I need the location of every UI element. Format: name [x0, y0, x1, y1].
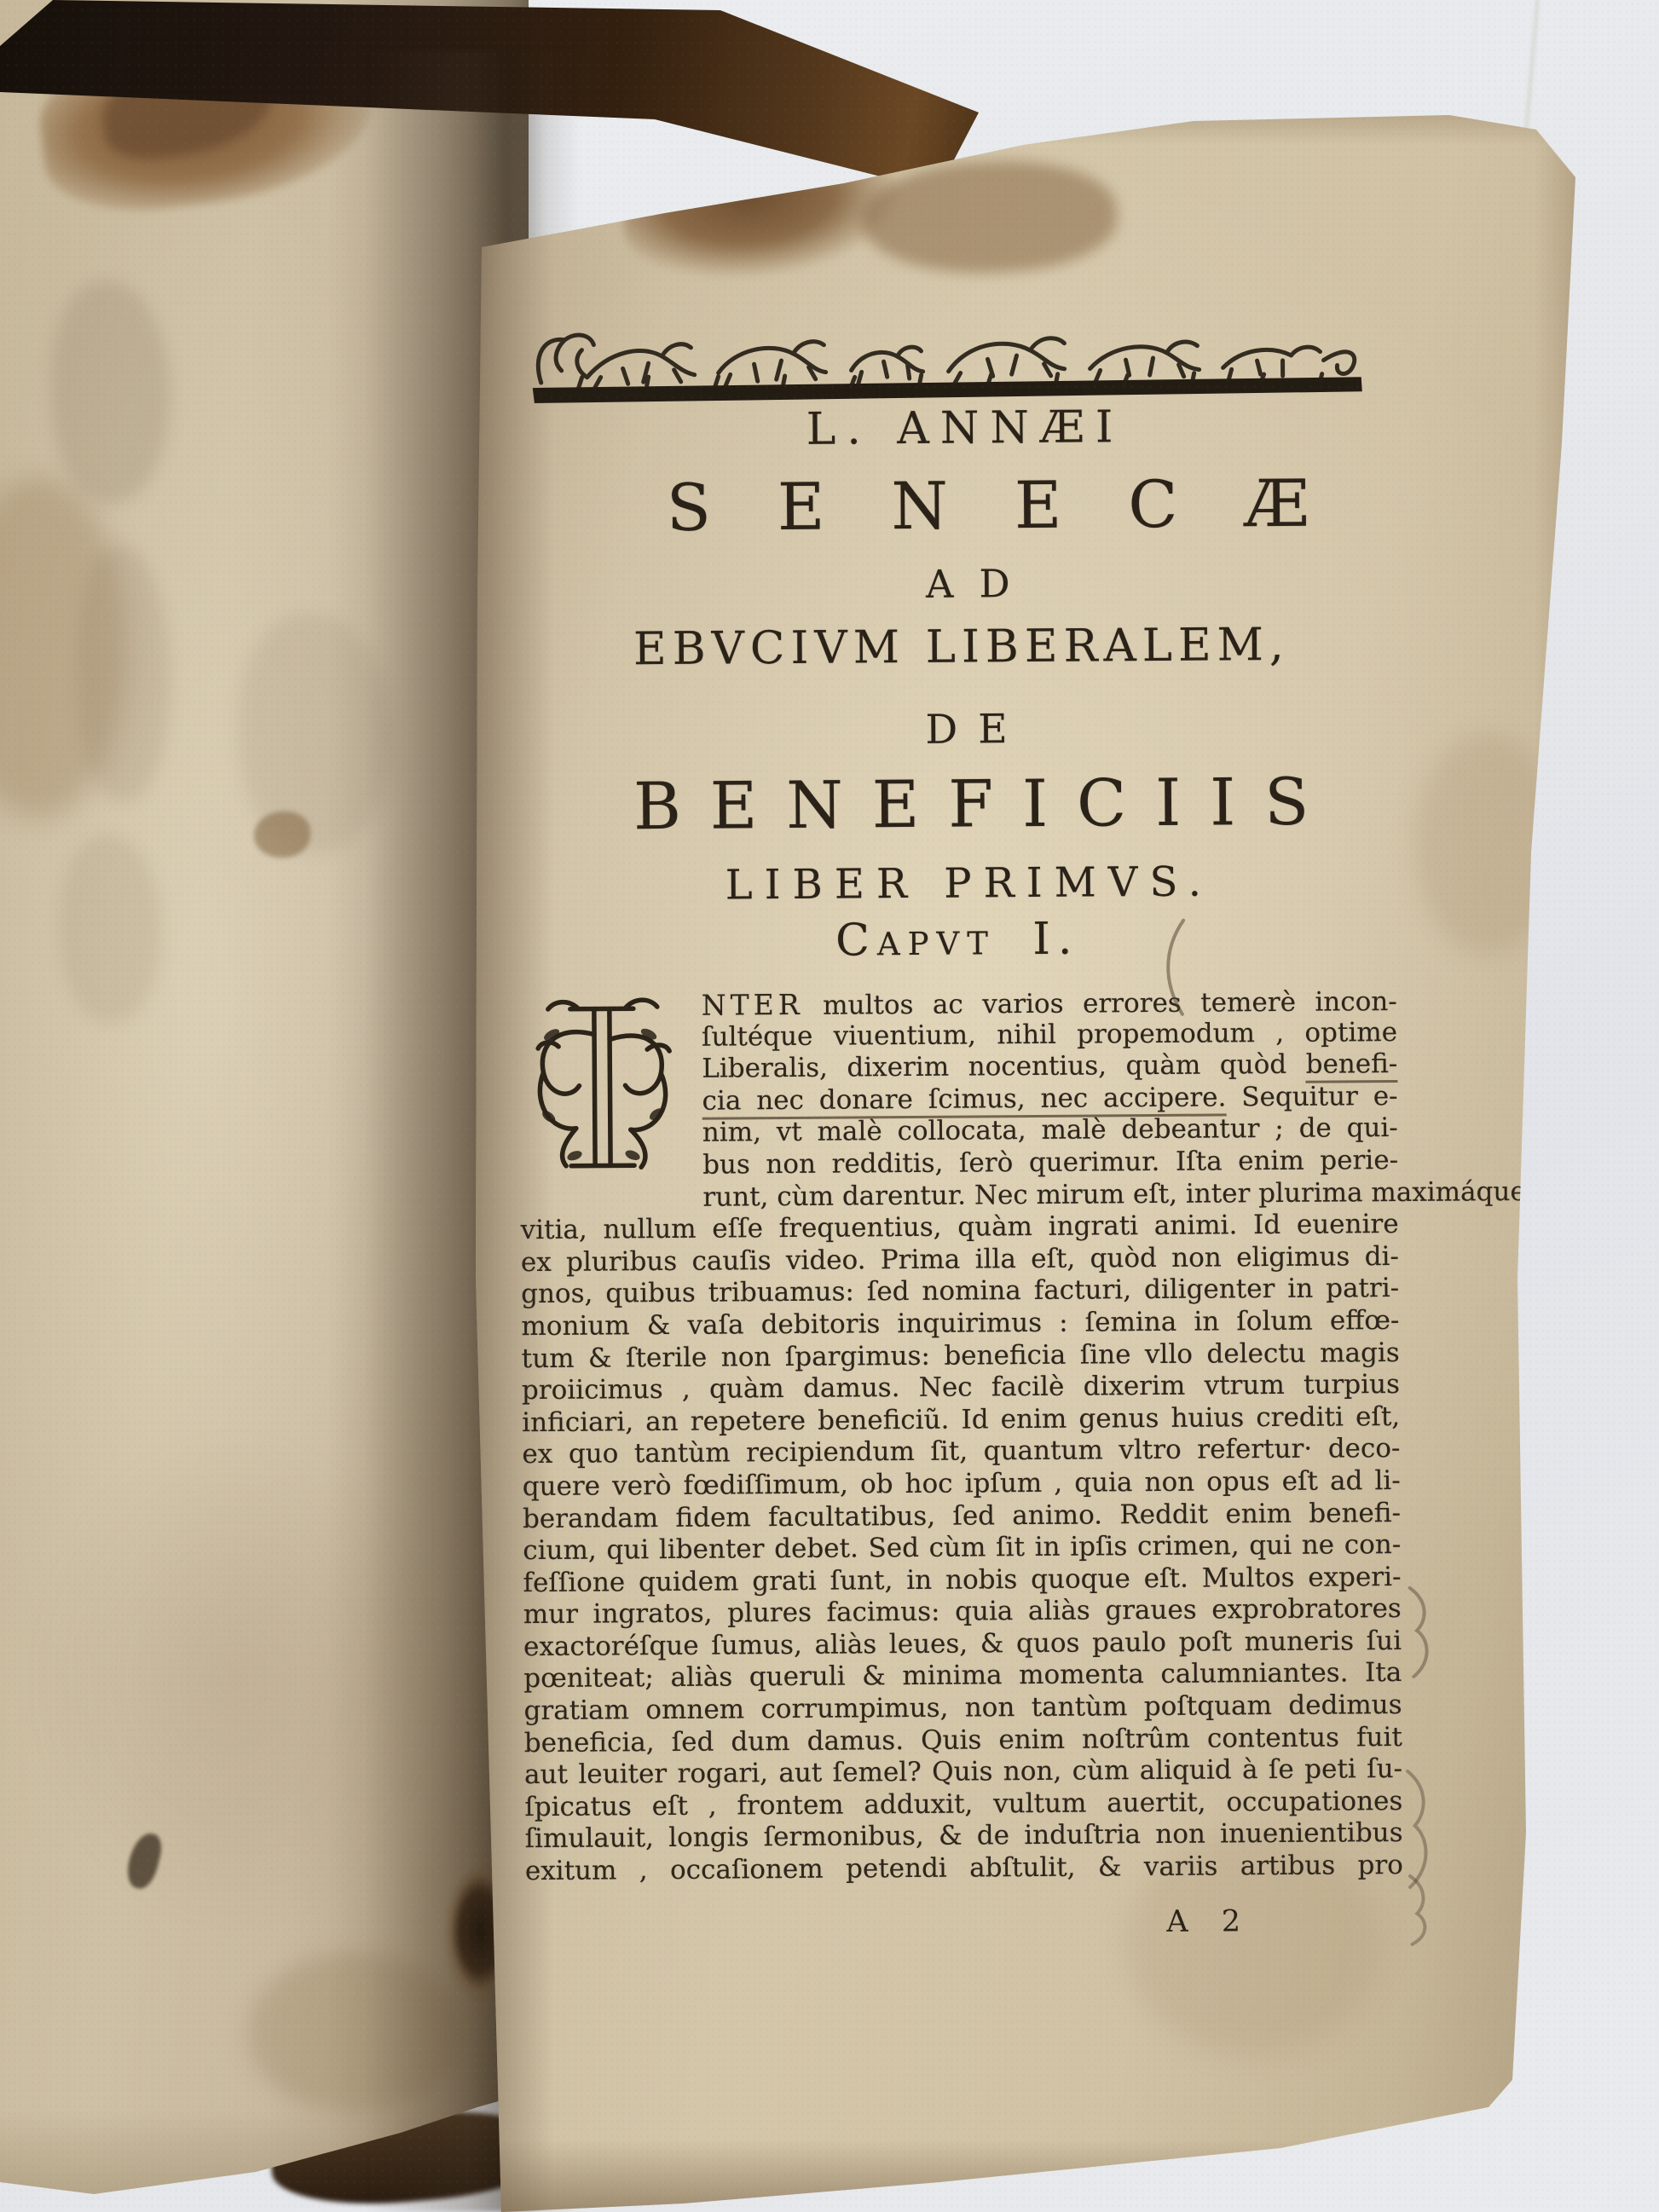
ink-mark-flourish-1 — [1400, 1583, 1442, 1684]
text-run: nim, vt malè collocata, malè debeantur ;… — [702, 1112, 1398, 1148]
text-run: ſultéque viuentium, nihil propemodum , o… — [702, 1017, 1397, 1053]
text-run: quere verò fœdiſſimum, ob hoc ipſum , qu… — [523, 1465, 1401, 1502]
text-run: runt, cùm darentur. Nec mirum eſt, inter… — [702, 1176, 1526, 1213]
text-run: berandam fidem facultatibus, ſed animo. … — [523, 1497, 1401, 1533]
text-run: inficiari, an repetere beneficiũ. Id eni… — [522, 1401, 1400, 1438]
text-run: ex quo tantùm recipiendum ſit, quantum v… — [522, 1433, 1400, 1470]
text-run: gnos, quibus tribuamus: ſed nomina factu… — [521, 1273, 1399, 1309]
text-run: ſpicatus eſt , frontem adduxit, vultum a… — [524, 1786, 1402, 1822]
right-page: L. ANNÆI SENECÆ AD EBVCIVM LIBERALEM, DE… — [460, 85, 1603, 2212]
title-author-line: L. ANNÆI — [515, 400, 1404, 457]
ink-mark-flourish-3 — [1400, 1871, 1438, 1949]
drop-cap-woodcut-initial — [519, 995, 686, 1181]
text-run: aut leuiter rogari, aut ſemel? Quis non,… — [524, 1753, 1402, 1790]
text-run: beneficia, ſed dum damus. Quis enim noſt… — [524, 1722, 1402, 1759]
signature-mark: A 2 — [1166, 1904, 1252, 1939]
text-run: Sequitur e- — [1226, 1081, 1397, 1112]
text-run: vitia, nullum eſſe frequentius, quàm ing… — [521, 1209, 1399, 1245]
text-run: mur ingratos, plures facimus: quia aliàs… — [523, 1593, 1402, 1630]
text-run: feſſione quidem grati ſunt, in nobis quo… — [523, 1562, 1401, 1598]
title-work-line: BENEFICIIS — [517, 763, 1425, 845]
book-photograph: L. ANNÆI SENECÆ AD EBVCIVM LIBERALEM, DE… — [0, 0, 1659, 2212]
text-run: cium, qui libenter debet. Sed cùm ſit in… — [523, 1529, 1401, 1566]
woodcut-animal-frieze — [527, 300, 1367, 413]
text-run: Liberalis, dixerim nocentius, quàm quòd — [702, 1049, 1306, 1084]
text-run: exactoréſque ſumus, aliàs leues, & quos … — [523, 1626, 1402, 1662]
chapter-smallcaps: APVT — [877, 925, 996, 962]
text-run: ſimulauit, longis ſermonibus, & de induſ… — [525, 1817, 1403, 1854]
title-dedicatee-line: EBVCIVM LIBERALEM, — [517, 618, 1401, 676]
body-text-line: exitum , occaſionem petendi abſtulit, & … — [525, 1850, 1403, 1888]
text-run: tum & ſterile non ſpargimus: beneficia ſ… — [522, 1337, 1400, 1374]
text-run: NTER — [702, 988, 804, 1022]
text-run: gratiam omnem corrumpimus, non tantùm po… — [523, 1689, 1402, 1726]
body-text: NTER multos ac varios errores temerè inc… — [519, 985, 1403, 1888]
chapter-initial: C — [835, 915, 877, 966]
title-de-line: DE — [517, 703, 1415, 756]
text-run: monium & vaſa debitoris inquirimus : ſem… — [521, 1305, 1399, 1342]
text-run: ex pluribus cauſis video. Prima illa eſt… — [521, 1241, 1399, 1278]
printed-page-content: L. ANNÆI SENECÆ AD EBVCIVM LIBERALEM, DE… — [453, 81, 1610, 2212]
title-book-line: LIBER PRIMVS. — [518, 857, 1408, 910]
text-run: multos ac varios errores temerè incon- — [804, 986, 1397, 1021]
underlined-text: benefi- — [1306, 1048, 1398, 1083]
text-run: proiicimus , quàm damus. Nec facilè dixe… — [522, 1369, 1400, 1406]
title-ad-line: AD — [516, 558, 1419, 609]
chapter-numeral: I. — [1032, 914, 1079, 965]
chapter-heading: CAPVT I. — [518, 911, 1396, 968]
text-run: exitum , occaſionem petendi abſtulit, & … — [525, 1850, 1403, 1886]
title-name-line: SENECÆ — [515, 464, 1460, 546]
text-run: pœniteat; aliàs queruli & minima momenta… — [523, 1657, 1402, 1694]
text-run: bus non redditis, ſerò querimur. Iſta en… — [702, 1145, 1398, 1181]
